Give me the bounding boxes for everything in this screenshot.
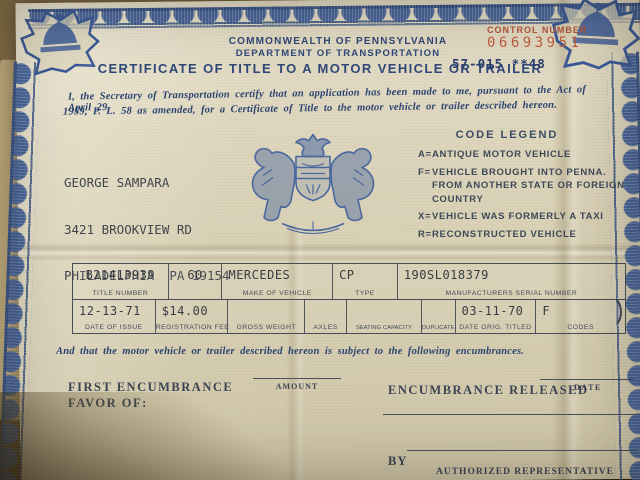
owner-street: 3421 BROOKVIEW RD <box>64 222 230 238</box>
by-label: BY <box>388 454 407 469</box>
seating-capacity-label: SEATING CAPACITY <box>347 325 421 331</box>
type-label: TYPE <box>333 290 397 297</box>
amount-blank-line <box>253 378 341 379</box>
cell-seating-capacity: SEATING CAPACITY <box>347 300 422 333</box>
date-of-issue-value: 12-13-71 <box>79 304 155 318</box>
control-number-label: CONTROL NUMBER <box>487 25 587 35</box>
header-commonwealth: COMMONWEALTH OF PENNSYLVANIA <box>178 36 498 47</box>
cell-make: MERCEDES MAKE OF VEHICLE <box>222 264 333 299</box>
cell-duplicate: DUPLICATE <box>422 300 456 333</box>
serial-number-label: MANUFACTURERS SERIAL NUMBER <box>398 290 625 297</box>
control-number-value: 06693951 <box>487 35 582 51</box>
first-encumbrance-label: FIRST ENCUMBRANCE <box>68 380 233 395</box>
amount-label: AMOUNT <box>253 382 341 391</box>
form-code: 57-015 **48 <box>452 56 546 71</box>
cell-axles: AXLES <box>305 300 347 333</box>
cell-gross-weight: GROSS WEIGHT <box>228 300 305 333</box>
pennsylvania-coat-of-arms-icon <box>238 128 388 246</box>
header-department: DEPARTMENT OF TRANSPORTATION <box>178 48 498 59</box>
serial-number-value: 190SL018379 <box>404 268 625 282</box>
code-legend-list: A=ANTIQUE MOTOR VEHICLE F=VEHICLE BROUGH… <box>418 148 630 241</box>
authorized-representative-label: AUTHORIZED REPRESENTATIVE <box>436 467 614 477</box>
owner-name: GEORGE SAMPARA <box>64 175 230 191</box>
gross-weight-label: GROSS WEIGHT <box>228 324 304 331</box>
code-legend-title: CODE LEGEND <box>452 129 562 141</box>
vehicle-table-row2: 12-13-71 DATE OF ISSUE $14.00 REGISTRATI… <box>73 300 625 333</box>
type-value: CP <box>339 268 397 282</box>
printed-bracket-mark <box>596 295 622 329</box>
date-label: DATE <box>548 383 628 392</box>
legend-item-brought-into-penna: F=VEHICLE BROUGHT INTO PENNA. FROM ANOTH… <box>418 166 630 207</box>
encumbrance-holder-blank-line <box>383 414 638 415</box>
legend-item-former-taxi: X=VEHICLE WAS FORMERLY A TAXI <box>418 210 630 224</box>
certificate-photo: COMMONWEALTH OF PENNSYLVANIA DEPARTMENT … <box>0 0 640 480</box>
year-value: 60 <box>169 268 222 282</box>
duplicate-label: DUPLICATE <box>422 325 455 331</box>
make-value: MERCEDES <box>228 268 332 282</box>
cell-registration-fee: $14.00 REGISTRATION FEE <box>156 300 229 333</box>
cell-year: 60 <box>169 264 223 299</box>
encumbrance-statement: And that the motor vehicle or trailer de… <box>56 346 596 357</box>
make-label: MAKE OF VEHICLE <box>222 290 332 297</box>
vehicle-table-row1: B21413939 TITLE NUMBER 60 MERCEDES MAKE … <box>73 264 625 300</box>
axles-label: AXLES <box>305 324 346 331</box>
registration-fee-label: REGISTRATION FEE <box>156 324 228 331</box>
legend-item-antique: A=ANTIQUE MOTOR VEHICLE <box>418 148 630 162</box>
cell-date-of-issue: 12-13-71 DATE OF ISSUE <box>73 300 156 333</box>
cell-title-number: B21413939 TITLE NUMBER <box>73 264 169 299</box>
cell-type: CP TYPE <box>333 264 398 299</box>
date-blank-line <box>540 379 634 380</box>
date-orig-titled-value: 03-11-70 <box>462 304 536 318</box>
cell-serial-number: 190SL018379 MANUFACTURERS SERIAL NUMBER <box>398 264 625 299</box>
date-orig-titled-label: DATE ORIG. TITLED <box>456 324 536 331</box>
legend-item-reconstructed: R=RECONSTRUCTED VEHICLE <box>418 228 630 242</box>
favor-of-label: FAVOR OF: <box>68 396 148 411</box>
date-of-issue-label: DATE OF ISSUE <box>73 324 155 331</box>
registration-fee-value: $14.00 <box>162 304 228 318</box>
by-signature-line <box>407 450 638 451</box>
vehicle-table: B21413939 TITLE NUMBER 60 MERCEDES MAKE … <box>72 263 626 334</box>
cell-date-orig-titled: 03-11-70 DATE ORIG. TITLED <box>456 300 537 333</box>
title-number-label: TITLE NUMBER <box>73 290 168 297</box>
title-number-value: B21413939 <box>73 268 168 282</box>
